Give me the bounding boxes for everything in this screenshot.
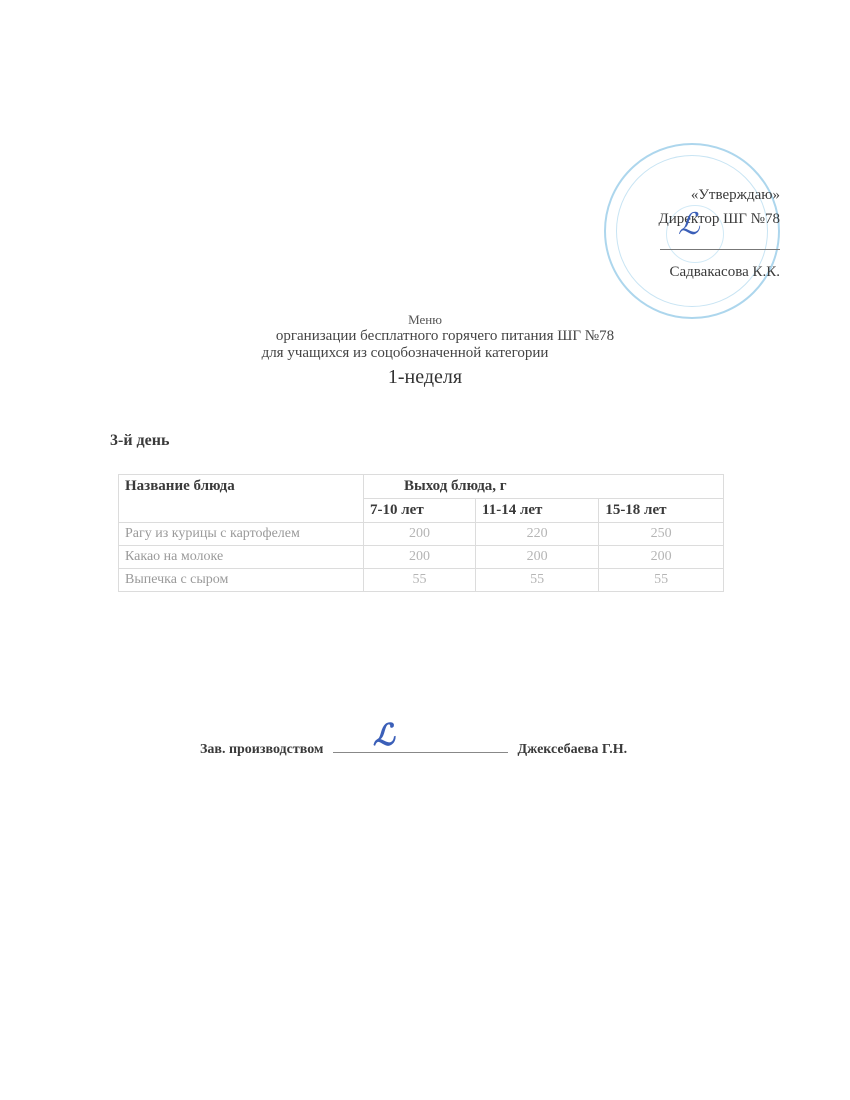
director-name: Садвакасова К.К.: [659, 260, 780, 284]
title-menu: Меню: [0, 312, 850, 328]
table-row: Какао на молоке 200 200 200: [119, 546, 724, 569]
title-category: для учащихся из соцобозначенной категори…: [0, 345, 850, 362]
approve-label: «Утверждаю»: [659, 183, 780, 207]
dish-name: Выпечка с сыром: [119, 569, 364, 592]
director-position: Директор ШГ №78: [659, 207, 780, 231]
table-row: Рагу из курицы с картофелем 200 220 250: [119, 523, 724, 546]
header-age-group: 15-18 лет: [599, 499, 724, 523]
production-signature-icon: ℒ: [373, 718, 395, 753]
dish-output: 200: [364, 546, 476, 569]
title-organization: организации бесплатного горячего питания…: [40, 328, 850, 345]
footer-role: Зав. производством: [200, 742, 323, 757]
document-title: Меню организации бесплатного горячего пи…: [0, 312, 850, 389]
footer-signature: Зав. производством ℒ Джексебаева Г.Н.: [200, 740, 627, 758]
day-label: 3-й день: [110, 432, 169, 450]
dish-name: Какао на молоке: [119, 546, 364, 569]
header-age-group: 7-10 лет: [364, 499, 476, 523]
header-dish-name: Название блюда: [119, 475, 364, 523]
approval-block: «Утверждаю» Директор ШГ №78 ℒ Садвакасов…: [659, 183, 780, 284]
dish-output: 200: [476, 546, 599, 569]
dish-output: 200: [364, 523, 476, 546]
title-week: 1-неделя: [0, 366, 850, 389]
footer-name: Джексебаева Г.Н.: [517, 742, 627, 757]
footer-signature-line: ℒ: [333, 740, 508, 753]
dish-output: 55: [599, 569, 724, 592]
dish-output: 200: [599, 546, 724, 569]
table-row: Выпечка с сыром 55 55 55: [119, 569, 724, 592]
dish-name: Рагу из курицы с картофелем: [119, 523, 364, 546]
dish-output: 220: [476, 523, 599, 546]
header-output: Выход блюда, г: [364, 475, 724, 499]
dish-output: 250: [599, 523, 724, 546]
header-age-group: 11-14 лет: [476, 499, 599, 523]
dish-output: 55: [476, 569, 599, 592]
menu-table: Название блюда Выход блюда, г 7-10 лет 1…: [118, 474, 724, 592]
director-signature-line: ℒ: [660, 235, 780, 250]
dish-output: 55: [364, 569, 476, 592]
director-signature-icon: ℒ: [678, 213, 700, 237]
